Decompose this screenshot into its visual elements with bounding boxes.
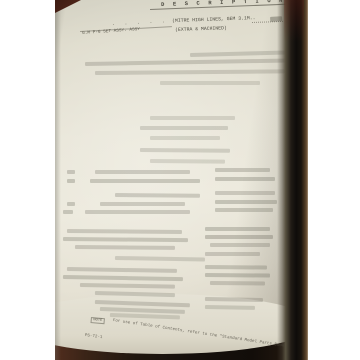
illegible-text-row [215, 168, 270, 172]
illegible-text-row [110, 313, 180, 319]
illegible-text-row [67, 179, 75, 183]
illegible-text-row [205, 235, 273, 239]
illegible-text-row [140, 126, 228, 130]
illegible-text-row [205, 273, 270, 277]
illegible-text-row [80, 283, 175, 288]
illegible-text-row [205, 227, 270, 231]
illegible-text-row [95, 69, 285, 74]
illegible-text-row [205, 305, 255, 309]
illegible-text-row [210, 243, 270, 247]
illegible-text-row [75, 245, 175, 249]
illegible-text-row [100, 202, 185, 206]
illegible-text-row [95, 291, 175, 297]
row2-description-text: (EXTRA & MACHINED) [175, 26, 227, 33]
illegible-text-row [160, 81, 260, 85]
book-page-edges [277, 0, 308, 360]
illegible-text-row [215, 200, 277, 204]
illegible-text-row [205, 252, 260, 256]
illegible-text-row [150, 136, 220, 140]
illegible-text-row [95, 170, 190, 174]
illegible-text-row [140, 148, 230, 152]
illegible-text-row [150, 116, 235, 120]
book-page-edges-tint [284, 0, 304, 42]
page-number: PS-72-1 [85, 334, 103, 340]
illegible-text-row [85, 210, 190, 214]
row2-left-text: G.M P-6 SET ASSY. ASSY [82, 27, 140, 36]
illegible-text-row [63, 210, 73, 214]
illegible-text-row [67, 267, 177, 272]
row1-description-text: (MITRE HIGH LINES, GEM 3.1M.. [172, 16, 256, 24]
illegible-text-row [85, 58, 290, 65]
illegible-text-row [67, 170, 75, 174]
note-label: NOTE [90, 317, 105, 324]
photo-viewer: D E S C R I P T I O N · · · · · (MITRE H… [0, 0, 360, 360]
illegible-text-row [215, 191, 275, 195]
illegible-text-row [67, 229, 182, 234]
illegible-text-row [205, 265, 267, 269]
illegible-text-row [63, 237, 188, 242]
illegible-text-row [215, 177, 275, 181]
note-text: For use of Table of Contents, refer to t… [112, 319, 287, 349]
illegible-text-row [67, 202, 75, 206]
illegible-text-row [63, 275, 183, 281]
illegible-text-row [215, 208, 273, 212]
illegible-text-row [115, 256, 205, 261]
illegible-text-row [205, 297, 263, 302]
page-text-layer: D E S C R I P T I O N · · · · · (MITRE H… [55, 0, 308, 360]
illegible-text-row [210, 281, 265, 285]
book-photo: D E S C R I P T I O N · · · · · (MITRE H… [55, 0, 308, 360]
illegible-text-row [90, 179, 200, 183]
illegible-text-row [95, 300, 190, 307]
illegible-text-row [150, 159, 225, 163]
illegible-text-row [115, 193, 200, 197]
